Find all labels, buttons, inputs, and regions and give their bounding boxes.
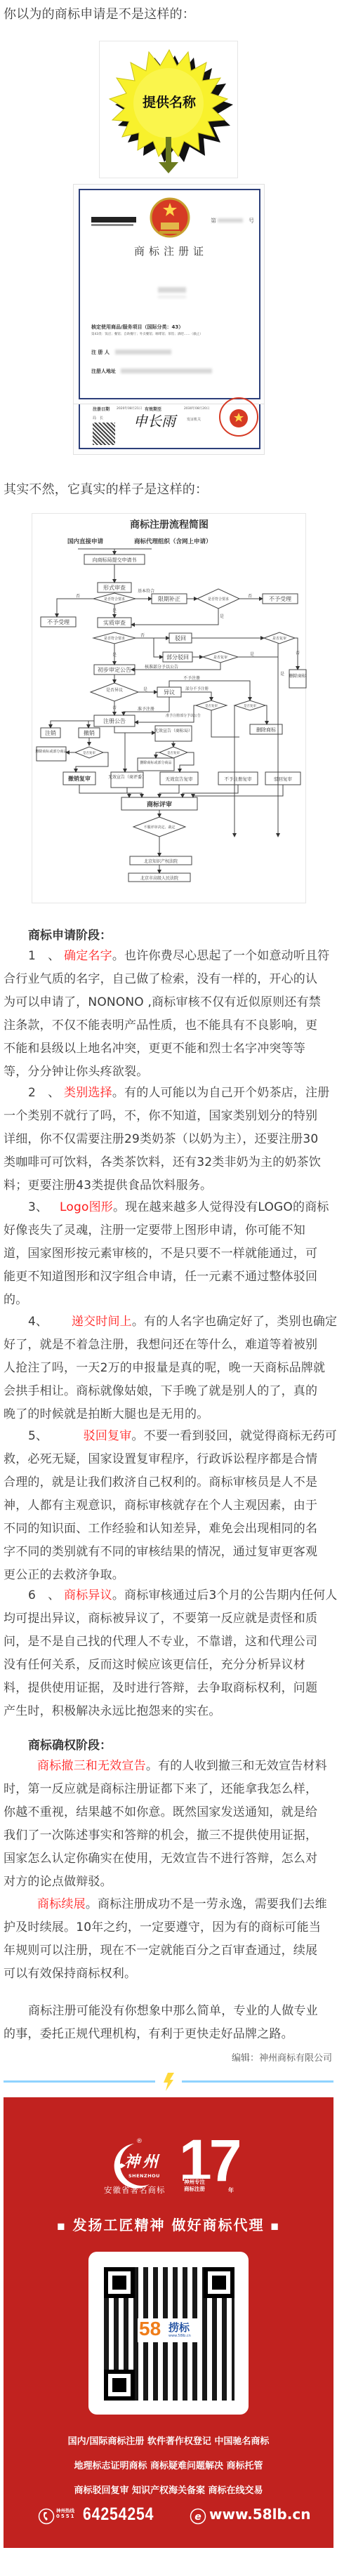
- brand-en: SHENZHOU: [128, 2173, 160, 2179]
- fc-q-review-5: 是否复审: [83, 750, 95, 755]
- application-item-4: 4、 递交时间上。有的人名字也确定好了，类别也确定 好了，就是不着急注册，我想问…: [4, 1310, 335, 1426]
- divider-line-right: [182, 2080, 333, 2083]
- flowchart-diagram: 商标注册流程简图 国内直接申请 商标代理组织（含网上申请） 向商标局提交申请书 …: [32, 514, 307, 904]
- cert-number-suffix: 号: [249, 217, 254, 225]
- fc-q-meet-2: 是否符合要求: [208, 597, 229, 602]
- svg-text:是: 是: [143, 686, 147, 692]
- years-unit: 年: [228, 2186, 234, 2194]
- item-number: 6 、: [28, 1588, 60, 1602]
- phone-icon: [38, 2508, 55, 2525]
- promo-banner: ® 神州 SHENZHOU 安徽省著名商标 17 神州专注 商标注册 年 ■ 发…: [4, 2097, 333, 2548]
- brand-cn: 神州: [124, 2150, 161, 2172]
- starburst-image: 提供名称: [99, 41, 238, 178]
- fc-delete-tm2: 删除商标: [256, 726, 277, 733]
- intro-reality: 其实不然，它真实的样子是这样的：: [4, 478, 208, 501]
- web-e-icon: e: [190, 2508, 206, 2525]
- fc-prelim: 初步审定公告: [98, 666, 131, 673]
- svg-text:否: 否: [140, 632, 145, 638]
- fc-q-review-6: 是否复审: [167, 750, 180, 755]
- famous-brand-badge: 安徽省著名商标: [104, 2184, 166, 2196]
- fc-board: 商标评审: [147, 800, 172, 809]
- fc-q-review-1: 是否复审: [213, 655, 227, 660]
- item-title: 递交时间上: [72, 1315, 132, 1329]
- fc-approve-reg: 准予注册: [138, 706, 154, 712]
- website-link[interactable]: www.58lb.cn: [209, 2506, 310, 2523]
- fc-q-review-3: 是否复审: [205, 703, 218, 708]
- fc-formal: 形式审查: [103, 584, 126, 591]
- cert-signature: 申长雨: [133, 410, 176, 430]
- application-item-2: 2 、 类别选择。有的人可能以为自己开个奶茶店，注册 一个类别不就行了吗，不，你…: [4, 1082, 335, 1197]
- fc-deadline-fix: 限期补正: [158, 595, 180, 602]
- divider-line-left: [4, 2080, 155, 2083]
- item-number: 1 、: [28, 949, 60, 963]
- slogan: ■ 发扬工匠精神 做好商标代理 ■: [4, 2214, 333, 2234]
- national-emblem-icon: [150, 197, 190, 241]
- fc-q-dissatisfied: 不服评审决定、裁定: [143, 825, 175, 830]
- qr-finder-top-left: [104, 2267, 135, 2298]
- qr-finder-bottom-left: [104, 2370, 135, 2401]
- fc-source-direct: 国内直接申请: [67, 538, 104, 545]
- fc-q-review-2: 是否复审: [272, 636, 286, 641]
- barcode-icon: [91, 217, 136, 223]
- qr-code-icon: [93, 423, 115, 445]
- svg-text:否: 否: [296, 650, 300, 656]
- fc-delete-part1: 删除商标或部分商品: [35, 749, 67, 754]
- service-line: 商标驳回复审 知识产权海关备案 商标在线交易: [4, 2478, 333, 2503]
- fc-reject-review: 驳回复审: [274, 776, 293, 782]
- cert-goods-detail: 第43类：饭店；餐馆；自助餐厅；外卖餐馆；咖啡馆；茶馆；酒吧……（截止）: [91, 332, 250, 338]
- qr-finder-top-right: [204, 2267, 234, 2298]
- fc-reg-notice: 注册公告: [103, 717, 126, 724]
- svg-text:是: 是: [280, 671, 284, 677]
- fc-invalid-board: 无效宣告（商评委）: [108, 774, 146, 780]
- application-stage-heading: 商标申请阶段：: [28, 925, 112, 943]
- fc-source-agent: 商标代理组织（含网上申请）: [134, 538, 212, 545]
- cert-director-label: 局 长: [93, 416, 103, 420]
- lightning-icon: [161, 2073, 176, 2091]
- item-title: Logo图形: [60, 1200, 113, 1214]
- item-number: 2 、: [28, 1086, 60, 1100]
- svg-text:是: 是: [220, 613, 224, 619]
- confirmation-item-2: 商标续展。商标注册成功不是一劳永逸，需要我们去维 护及时续展。10年之约，一定要…: [4, 1893, 335, 1986]
- cert-address-label: 注册人地址: [91, 368, 116, 375]
- fc-partial-no-reg: 部分不予注册: [185, 686, 209, 691]
- registered-mark: ®: [136, 2138, 143, 2145]
- fc-approve-reg-part: 准予注册部分予以公告: [166, 713, 201, 718]
- fc-delete-part2: 删除商标或部分商品: [140, 760, 171, 765]
- cert-registrant-label: 注 册 人: [91, 349, 110, 356]
- application-item-5: 5、 驳回复审。不要一看到驳回，就觉得商标无药可 救，必死无疑，国家设置复审程序…: [4, 1425, 335, 1587]
- fc-cancel2: 撤销: [84, 729, 95, 736]
- fc-invalid-bureau: 无效宣告（商标局）: [154, 728, 192, 733]
- application-item-1: 1 、 确定名字。也许你费尽心思起了一个如意动听且符 合行业气质的名字，自己做了…: [4, 945, 335, 1084]
- fc-substantive: 实质审查: [103, 619, 126, 626]
- starburst-label: 提供名称: [100, 92, 239, 111]
- application-item-3: 3、 Logo图形。现在越来越多人觉得没有LOGO的商标 好像丧失了灵魂，注册一…: [4, 1196, 335, 1312]
- intro-question: 你以为的商标申请是不是这样的：: [4, 3, 195, 26]
- confirmation-stage-heading: 商标确权阶段：: [28, 1735, 112, 1753]
- item-number: 3、: [28, 1200, 48, 1214]
- fc-invalid-review: 无效宣告复审: [166, 776, 194, 782]
- certificate-image: 第 号 商标注册证 核定使用商品/服务项目（国际分类：43） 第43类：饭店；餐…: [73, 184, 265, 404]
- fc-no-reg: 不予注册: [183, 675, 200, 681]
- application-item-6: 6 、 商标异议。商标审核通过后3个月的公告期内任何人 均可提出异议，商标被异议…: [4, 1584, 335, 1723]
- item-title: 商标续展: [37, 1897, 86, 1911]
- hotline-label-block: 神州热线 0551: [56, 2508, 75, 2519]
- fc-ip-court: 北京知识产权法院: [144, 858, 178, 864]
- cert-issuer-label: 发证机关: [187, 417, 201, 422]
- cert-valid-date: 2030年08月20日: [184, 406, 209, 411]
- fc-approve-part: 核准部分予以公告: [145, 664, 178, 670]
- qr-code-card[interactable]: 58 捞标 www.58lb.cn: [88, 2252, 249, 2415]
- fc-cancel-review: 撤销复审: [68, 775, 91, 782]
- item-title: 确定名字: [64, 949, 112, 963]
- fc-q-objection: 是否异议: [106, 687, 123, 693]
- official-seal-icon: [218, 396, 260, 438]
- fc-partial-rejected: 部分驳回: [166, 653, 189, 660]
- fc-q-meet-3: 是否符合要求: [104, 636, 125, 641]
- fc-high-court: 北京市高级人民法院: [140, 875, 178, 881]
- svg-text:是: 是: [112, 652, 117, 658]
- fc-reject-right: 不予受理: [269, 595, 291, 602]
- svg-text:是: 是: [250, 651, 254, 657]
- service-line: 国内/国际商标注册 软件著作权登记 中国驰名商标: [4, 2429, 333, 2454]
- fc-basic-meet: 基本符合: [138, 588, 154, 594]
- years-caption: 神州专注 商标注册: [184, 2179, 215, 2193]
- flowchart-image: 商标注册流程简图 国内直接申请 商标代理组织（含网上申请） 向商标局提交申请书 …: [32, 513, 306, 903]
- svg-text:e: e: [194, 2511, 201, 2523]
- cert-reg-date-label: 注册日期: [93, 406, 110, 412]
- editor-credit: 编辑：神州商标有限公司: [232, 2050, 332, 2064]
- cert-goods-line: 核定使用商品/服务项目（国际分类：43）: [91, 324, 183, 331]
- qr-logo-58lb: 58 捞标 www.58lb.cn: [138, 2318, 202, 2342]
- fc-rejected: 驳回: [175, 635, 186, 642]
- item-title: 商标异议: [64, 1588, 112, 1602]
- fc-objection: 异议: [164, 689, 175, 696]
- certificate-bottom: 注册日期 2020年08月21日 有效期至 2030年08月20日 局 长 申长…: [73, 404, 265, 455]
- fc-cancel1: 注销: [45, 729, 56, 736]
- fc-q-review-4: 是否复审: [244, 703, 256, 708]
- cert-number-prefix: 第: [211, 217, 216, 225]
- confirmation-item-1: 商标撤三和无效宣告。有的人收到撤三和无效宣告材料 时，第一反应就是商标注册证都下…: [4, 1755, 335, 1894]
- fc-no-reg-review: 不予注册复审: [225, 776, 253, 782]
- item-title: 商标撤三和无效宣告: [37, 1759, 146, 1773]
- item-title: 类别选择: [64, 1086, 112, 1100]
- item-number: 4、: [28, 1315, 48, 1329]
- fc-delete-tm: 删除商标: [289, 673, 307, 679]
- item-number: 5、: [28, 1429, 48, 1443]
- svg-text:否: 否: [76, 593, 80, 599]
- flowchart-title: 商标注册流程简图: [130, 519, 209, 531]
- svg-text:是: 是: [112, 608, 117, 613]
- service-line: 地理标志证明商标 商标疑难问题解决 商标托管: [4, 2454, 333, 2478]
- svg-text:否: 否: [112, 705, 117, 710]
- svg-text:否: 否: [248, 593, 252, 599]
- cert-title: 商标注册证: [80, 244, 262, 258]
- fc-q-meet-1: 是否符合要求: [104, 597, 125, 602]
- conclusion: 商标注册可能没有你想象中那么简单，专业的人做专业 的事，委托正规代理机构，有利于…: [4, 2000, 335, 2046]
- services-list: 国内/国际商标注册 软件著作权登记 中国驰名商标 地理标志证明商标 商标疑难问题…: [4, 2429, 333, 2503]
- fc-reject-left: 不予受理: [47, 618, 70, 625]
- item-title: 驳回复审: [84, 1429, 132, 1443]
- hotline-number[interactable]: 64254254: [83, 2504, 154, 2525]
- fc-submit: 向商标局提交申请书: [93, 557, 137, 563]
